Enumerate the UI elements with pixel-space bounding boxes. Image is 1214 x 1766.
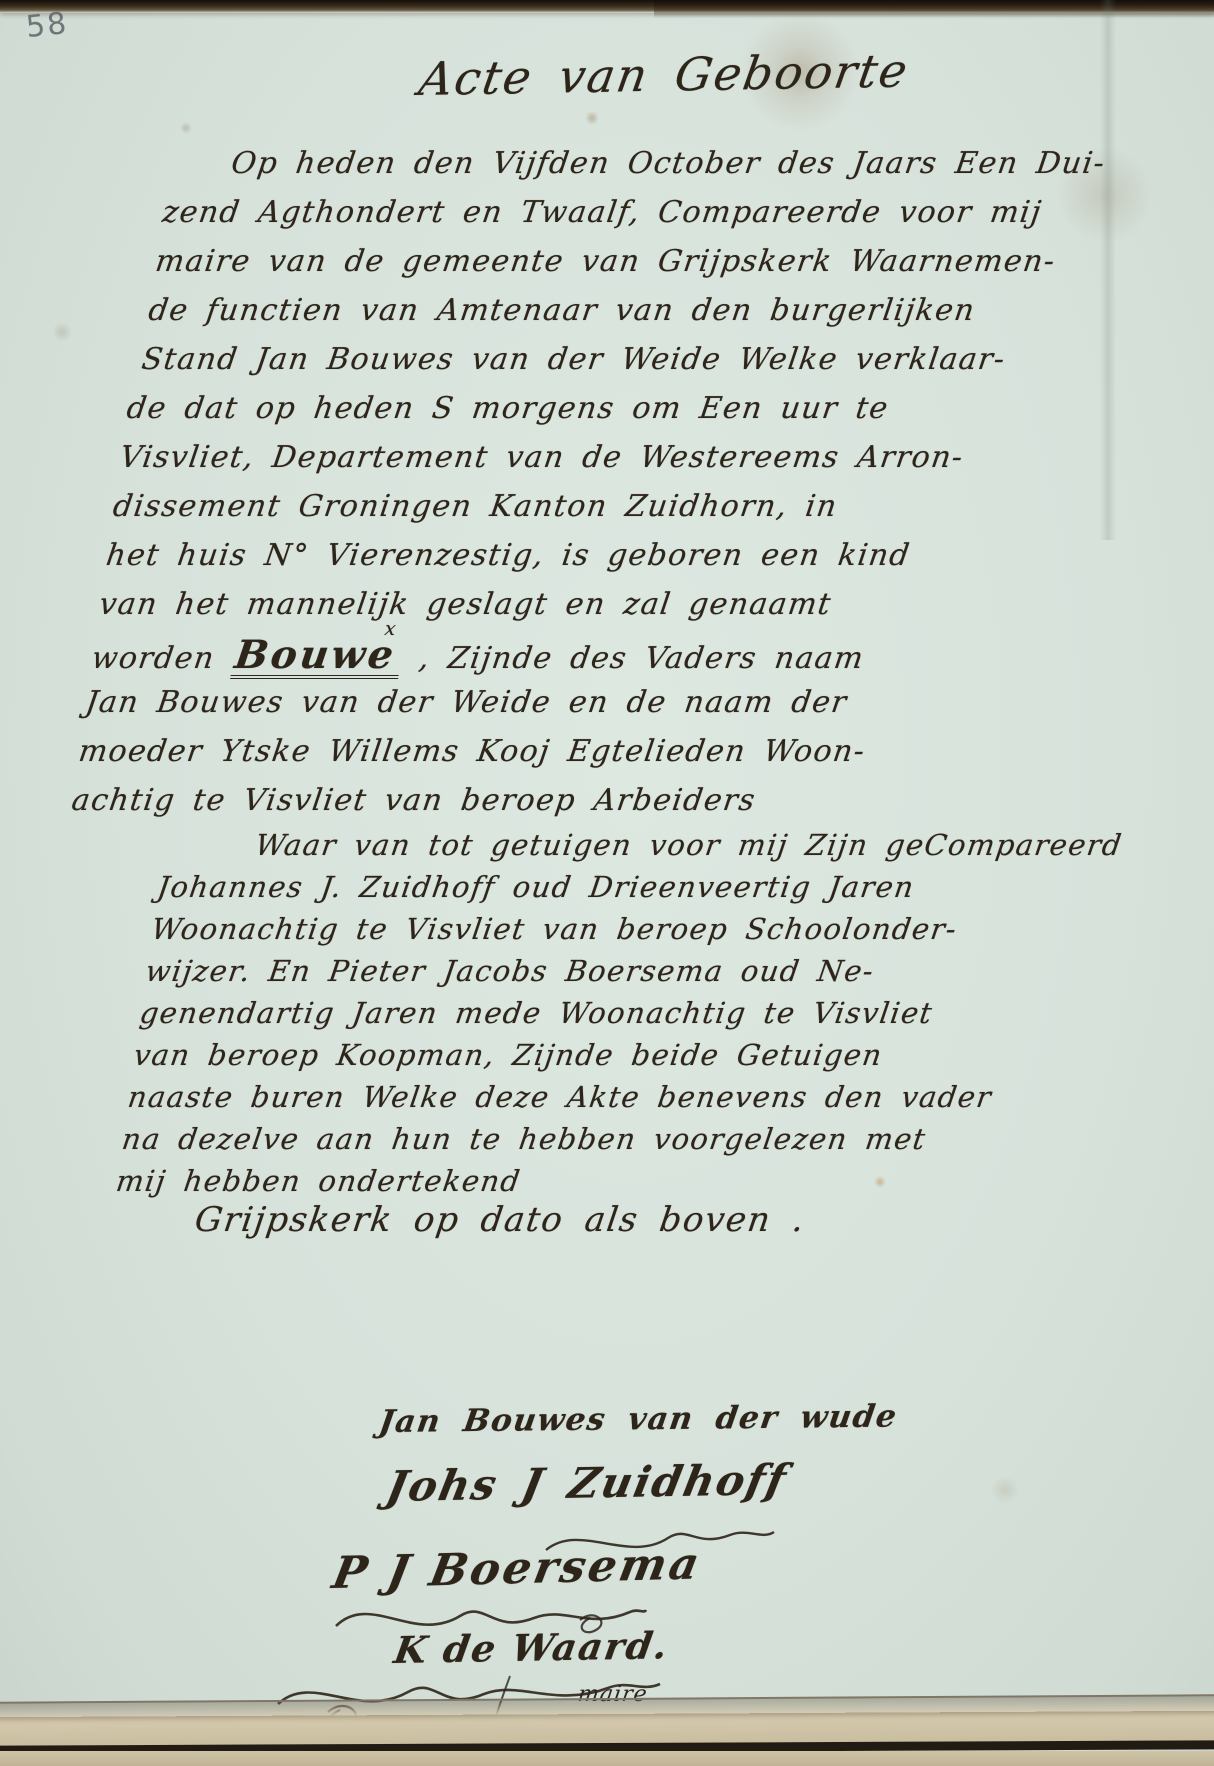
name-line-pre: worden	[90, 641, 218, 676]
signature-father: Jan Bouwes van der wude	[377, 1399, 900, 1440]
page-title: Acte van Geboorte	[415, 43, 912, 105]
paper-crease	[1100, 0, 1116, 540]
body-line: Johannes J. Zuidhoff oud Drieenveertig J…	[154, 870, 1100, 912]
body-line: Jan Bouwes van der Weide en de naam der	[81, 685, 1026, 734]
closing-line: Grijpskerk op dato als boven .	[192, 1200, 808, 1240]
paragraph-1: Op heden den Vijfden October des Jaars E…	[76, 146, 1102, 832]
scanned-page: 58 Acte van Geboorte Op heden den Vijfde…	[0, 0, 1214, 1766]
child-name: Bouwex	[230, 636, 405, 679]
body-line: maire van de gemeente van Grijpskerk Waa…	[151, 244, 1088, 293]
paragraph-2: Waar van tot getuigen voor mij Zijn geCo…	[113, 828, 1106, 1206]
body-line: Stand Jan Bouwes van der Weide Welke ver…	[138, 342, 1075, 391]
body-line: de functien van Amtenaar van den burgerl…	[144, 293, 1081, 342]
signature-witness-boersema: P J Boersema	[328, 1538, 706, 1599]
bottom-page-edge	[0, 1751, 1214, 1766]
body-line: genendartig Jaren mede Woonachtig te Vis…	[136, 996, 1082, 1038]
body-line: Woonachtig te Visvliet van beroep School…	[148, 912, 1094, 954]
body-line: na dezelve aan hun te hebben voorgelezen…	[119, 1122, 1065, 1164]
body-line: van het mannelijk geslagt en zal genaamt	[95, 587, 1040, 636]
body-line-child-name: worden Bouwex , Zijnde des Vaders naam	[88, 636, 1033, 685]
page-number: 58	[24, 6, 70, 45]
body-line: moeder Ytske Willems Kooj Egtelieden Woo…	[74, 734, 1019, 783]
body-line: de dat op heden S morgens om Een uur te	[123, 391, 1068, 440]
body-line: achtig te Visvliet van beroep Arbeiders	[68, 783, 1013, 832]
book-top-edge-shadow	[654, 0, 1214, 18]
body-line: Visvliet, Departement van de Westereems …	[116, 440, 1061, 489]
signature-mayor-dewaard: K de Waard.	[391, 1623, 673, 1672]
body-line: zend Agthondert en Twaalf, Compareerde v…	[158, 195, 1095, 244]
body-line: dissement Groningen Kanton Zuidhorn, in	[109, 489, 1054, 538]
body-line: het huis N° Vierenzestig, is geboren een…	[102, 538, 1047, 587]
name-line-post: , Zijnde des Vaders naam	[417, 641, 867, 676]
body-line: van beroep Koopman, Zijnde beide Getuige…	[131, 1038, 1077, 1080]
body-line: naaste buren Welke deze Akte benevens de…	[125, 1080, 1071, 1122]
body-line: Waar van tot getuigen voor mij Zijn geCo…	[160, 828, 1106, 870]
body-line: Op heden den Vijfden October des Jaars E…	[165, 146, 1102, 195]
body-line: wijzer. En Pieter Jacobs Boersema oud Ne…	[142, 954, 1088, 996]
signature-witness-zuidhoff: Johs J Zuidhoff	[382, 1455, 791, 1511]
